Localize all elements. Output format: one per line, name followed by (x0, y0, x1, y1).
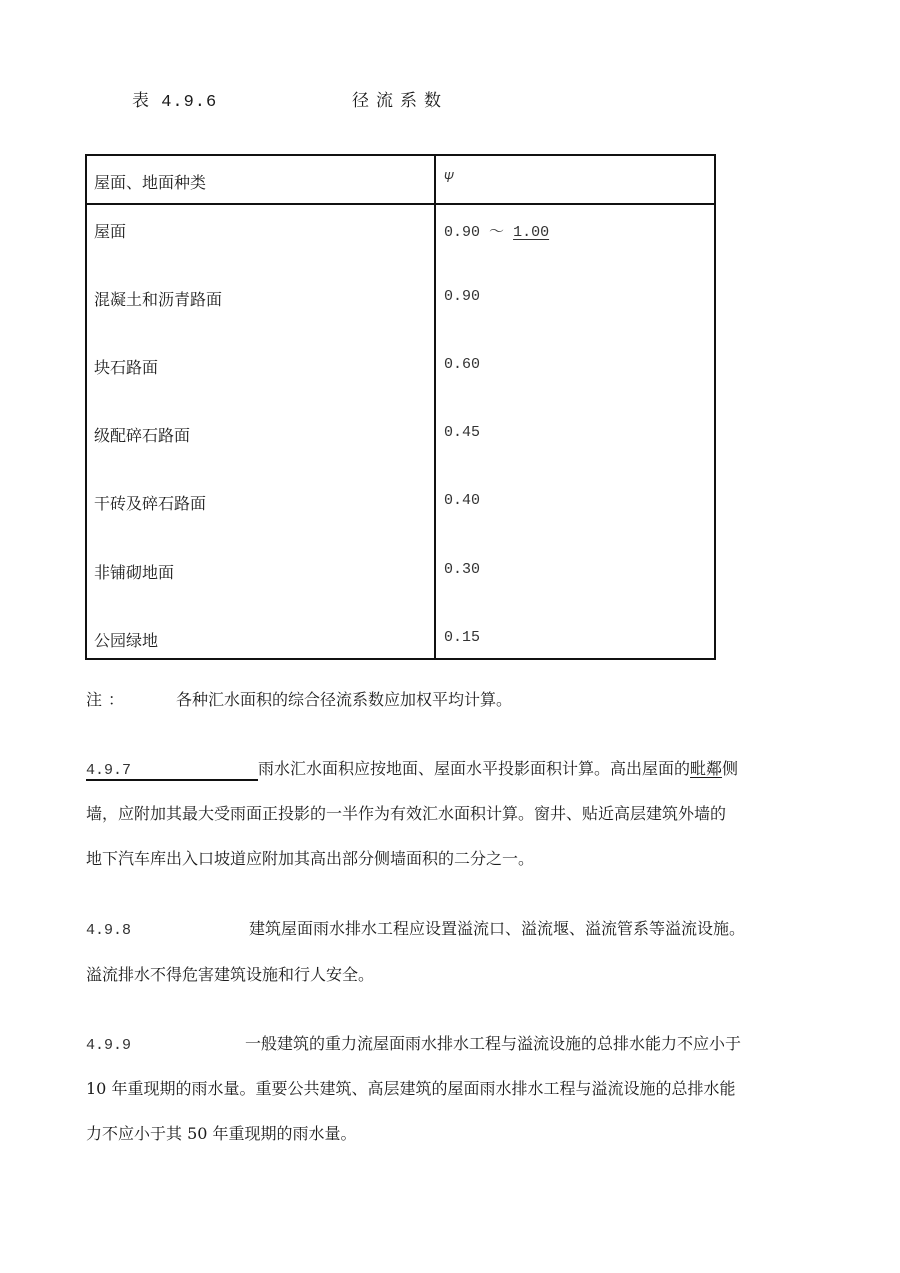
value-low: 0.90 (444, 224, 480, 241)
row-type: 块石路面 (94, 355, 158, 378)
row-type: 公园绿地 (94, 628, 158, 651)
underlined-term: 毗鄰 (690, 759, 722, 778)
column-divider (434, 156, 436, 658)
note-label: 注： (86, 690, 130, 709)
row-value: 0.40 (444, 492, 480, 509)
clause-4-9-7-line-2: 墙，应附加其最大受雨面正投影的一半作为有效汇水面积计算。窗井、贴近高层建筑外墙的 (86, 801, 726, 824)
clause-4-9-7-line-3: 地下汽车库出入口坡道应附加其高出部分侧墙面积的二分之一。 (86, 846, 534, 869)
clause-4-9-9-line-1: 4.9.9一般建筑的重力流屋面雨水排水工程与溢流设施的总排水能力不应小于 (86, 1031, 741, 1054)
clause-4-9-9-line-3: 力不应小于其 50 年重现期的雨水量。 (86, 1121, 357, 1144)
row-value: 0.30 (444, 561, 480, 578)
table-caption-title: 径流系数 (352, 86, 448, 111)
range-separator: ～ (489, 224, 504, 241)
header-psi: Ψ (444, 170, 453, 187)
table-note: 注：各种汇水面积的综合径流系数应加权平均计算。 (86, 687, 512, 710)
value-high: 1.00 (513, 224, 549, 241)
header-surface-type: 屋面、地面种类 (94, 170, 206, 193)
row-type: 非铺砌地面 (94, 560, 174, 583)
clause-4-9-7-line-1: 4.9.7雨水汇水面积应按地面、屋面水平投影面积计算。高出屋面的毗鄰侧 (86, 756, 738, 781)
clause-4-9-8-line-1: 4.9.8建筑屋面雨水排水工程应设置溢流口、溢流堰、溢流管系等溢流设施。 (86, 916, 745, 939)
note-text: 各种汇水面积的综合径流系数应加权平均计算。 (176, 690, 512, 709)
row-value: 0.45 (444, 424, 480, 441)
row-type: 屋面 (94, 219, 126, 242)
row-type: 干砖及碎石路面 (94, 491, 206, 514)
table-caption-number: 表 4.9.6 (132, 86, 217, 112)
clause-4-9-8-line-2: 溢流排水不得危害建筑设施和行人安全。 (86, 962, 374, 985)
row-value: 0.90 (444, 288, 480, 305)
row-value: 0.90 ～ 1.00 (444, 220, 567, 241)
clause-number: 4.9.7 (86, 762, 131, 779)
row-type: 级配碎石路面 (94, 423, 190, 446)
clause-number: 4.9.9 (86, 1037, 131, 1054)
row-type: 混凝土和沥青路面 (94, 287, 222, 310)
clause-4-9-9-line-2: 10 年重现期的雨水量。重要公共建筑、高层建筑的屋面雨水排水工程与溢流设施的总排… (86, 1076, 735, 1099)
header-divider (87, 203, 714, 205)
row-value: 0.60 (444, 356, 480, 373)
row-value: 0.15 (444, 629, 480, 646)
runoff-coefficient-table: 屋面、地面种类 Ψ 屋面 0.90 ～ 1.00 混凝土和沥青路面 0.90 块… (85, 154, 716, 660)
clause-number: 4.9.8 (86, 922, 131, 939)
